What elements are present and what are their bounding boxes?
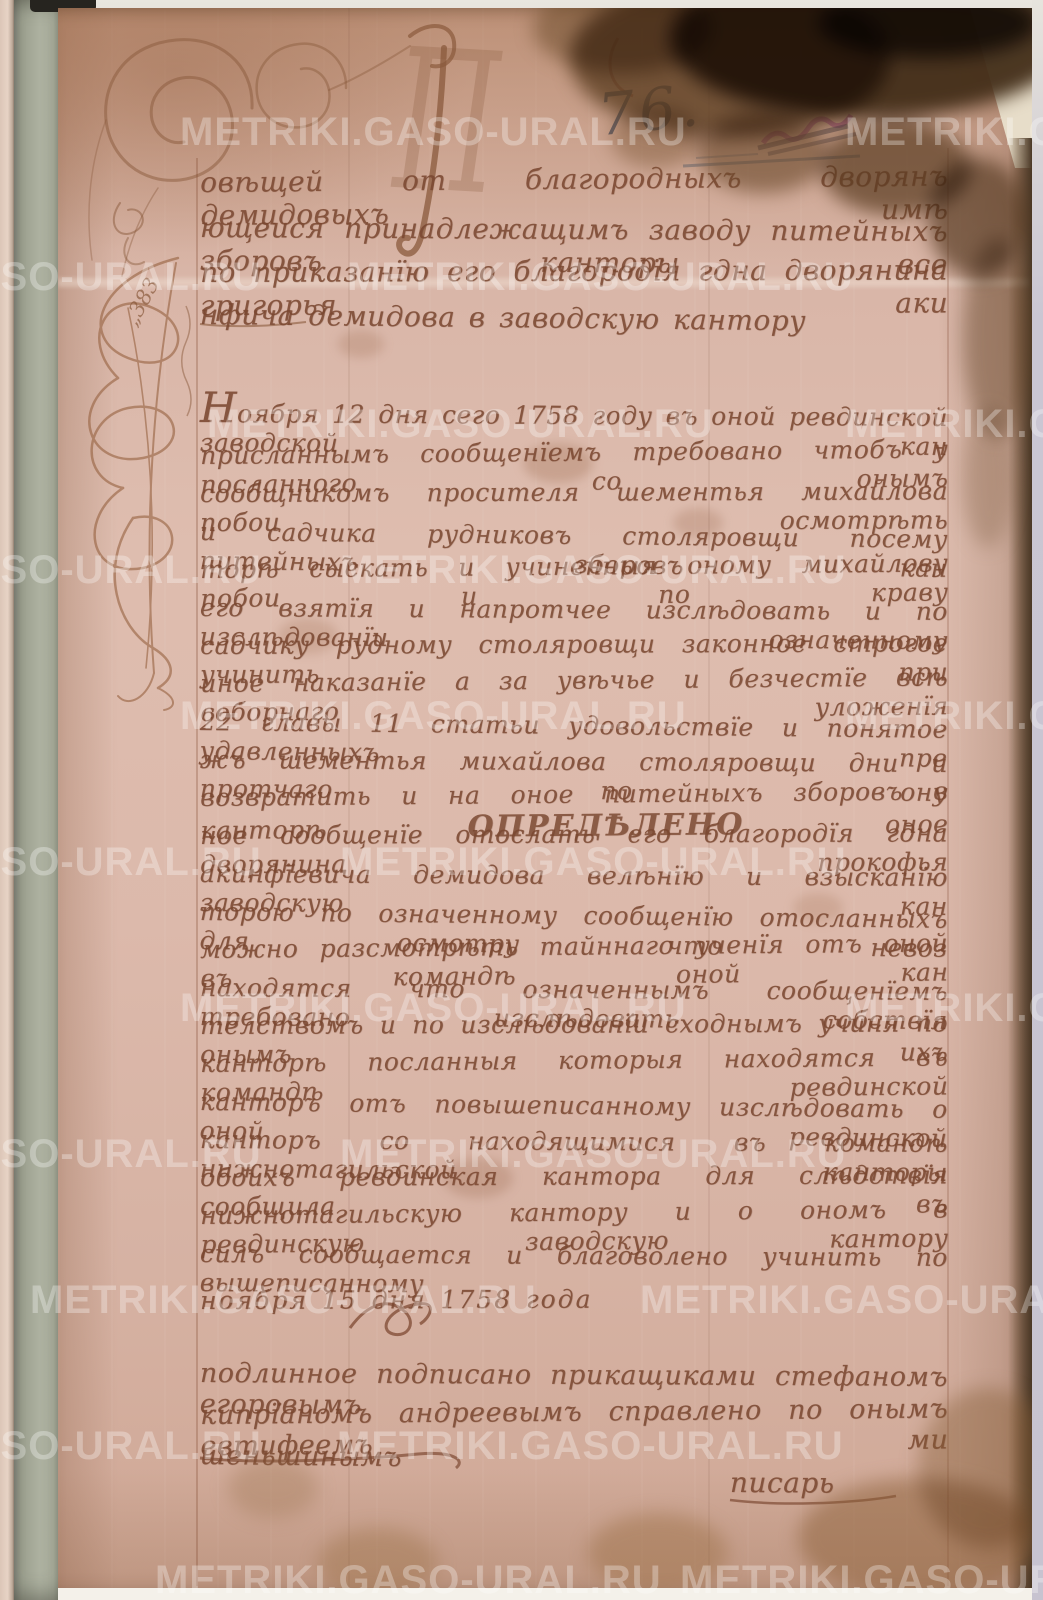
date-line: ноября 15 дня 1758 года [200,1285,593,1315]
body-initial-letter: Н [200,383,237,432]
attestation-line: шеньшинымъ [200,1440,402,1473]
margin-folio-number: „383 [119,274,164,330]
page-bottom-edge [58,1586,1032,1600]
manuscript-text: П 76. „383 овѣщей от благородныхъ дворян… [58,8,1032,1588]
manuscript-page: П 76. „383 овѣщей от благородныхъ дворян… [58,8,1032,1588]
archive-scan-photo: { "document": { "page_number": "76.", "m… [0,0,1043,1600]
book-binding-strip [14,0,60,1600]
previous-page-edge [0,0,14,1600]
page-number-pencil: 76. [595,71,706,150]
scanner-background [1032,0,1043,1600]
header-line: нфича демидова в заводскую кантору [200,298,806,337]
scribe-signature: писарь [730,1466,835,1500]
